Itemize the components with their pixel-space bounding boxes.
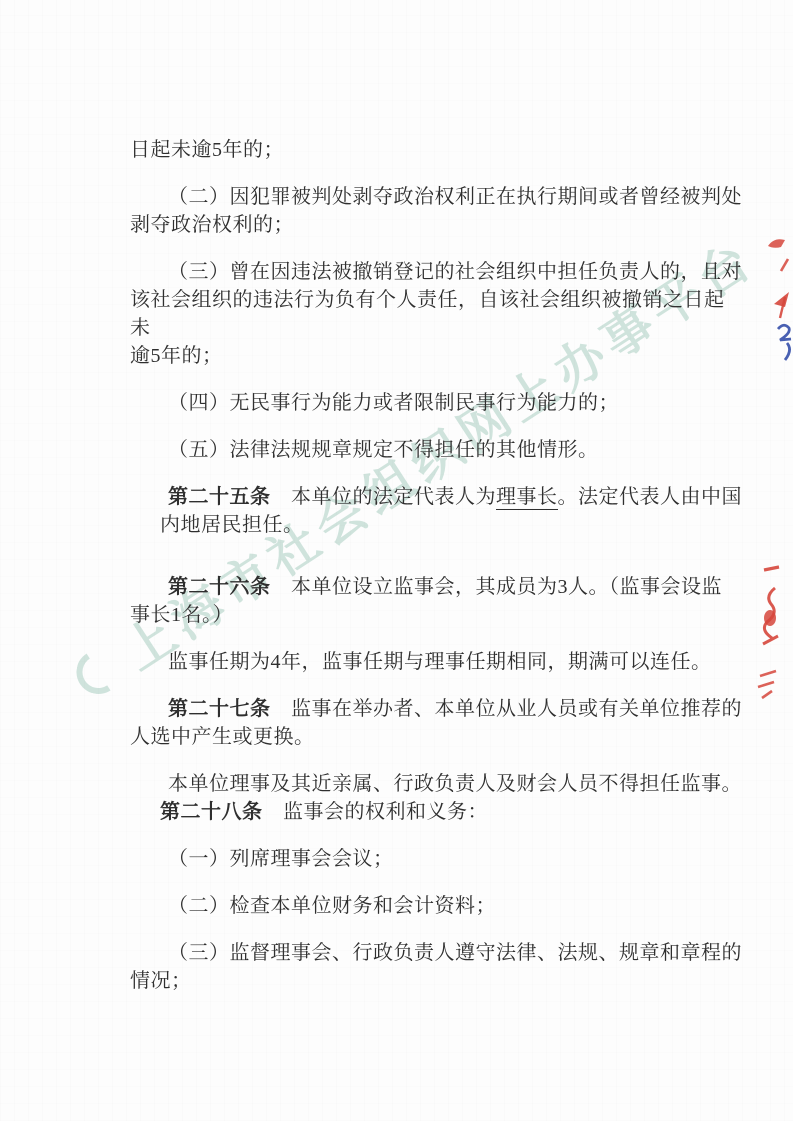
article-25: 第二十五条 本单位的法定代表人为理事长。法定代表人由中国 内地居民担任。 xyxy=(130,483,730,539)
document-line: 人选中产生或更换。 xyxy=(130,723,730,751)
article-text: 监事会的权利和义务： xyxy=(263,801,489,823)
underlined-term: 理事长 xyxy=(496,486,558,510)
article-number: 第二十六条 xyxy=(168,576,271,598)
article-text: 监事在举办者、本单位从业人员或有关单位推荐的 xyxy=(271,698,743,720)
document-line: （三）曾在因违法被撤销登记的社会组织中担任负责人的，且对 xyxy=(130,258,730,286)
article-26: 第二十六条 本单位设立监事会，其成员为3人。（监事会设监 事长1名。） xyxy=(130,573,730,629)
red-stroke-mark-icon xyxy=(772,290,793,320)
article-text: 本单位的法定代表人为 xyxy=(271,486,497,508)
document-line: 事长1名。） xyxy=(130,601,730,629)
clause-3: （三）曾在因违法被撤销登记的社会组织中担任负责人的，且对 该社会组织的违法行为负… xyxy=(130,258,730,370)
clause-4: （四）无民事行为能力或者限制民事行为能力的； xyxy=(130,389,730,417)
document-line: 剥夺政治权利的； xyxy=(130,211,730,239)
article-number: 第二十七条 xyxy=(168,698,271,720)
article-text: 本单位设立监事会，其成员为3人。（监事会设监 xyxy=(271,576,723,598)
document-line: 情况； xyxy=(130,967,730,995)
duty-1: （一）列席理事会会议； xyxy=(130,845,730,873)
paragraph-continuation: 日起未逾5年的； xyxy=(130,136,730,164)
supervisor-restriction-paragraph: 本单位理事及其近亲属、行政负责人及财会人员不得担任监事。 xyxy=(130,770,730,798)
document-line: 本单位理事及其近亲属、行政负责人及财会人员不得担任监事。 xyxy=(130,770,730,798)
document-line: 未 xyxy=(130,314,730,342)
document-line: 监事任期为4年，监事任期与理事任期相同，期满可以连任。 xyxy=(130,648,730,676)
document-line: （二）检查本单位财务和会计资料； xyxy=(130,892,730,920)
clause-2: （二）因犯罪被判处剥夺政治权利正在执行期间或者曾经被判处 剥夺政治权利的； xyxy=(130,183,730,239)
article-27: 第二十七条 监事在举办者、本单位从业人员或有关单位推荐的 人选中产生或更换。 xyxy=(130,695,730,751)
document-line: （二）因犯罪被判处剥夺政治权利正在执行期间或者曾经被判处 xyxy=(130,183,730,211)
document-line: （三）监督理事会、行政负责人遵守法律、法规、规章和章程的 xyxy=(130,939,730,967)
document-line: 日起未逾5年的； xyxy=(130,136,730,164)
document-line: 第二十五条 本单位的法定代表人为理事长。法定代表人由中国 xyxy=(130,483,730,511)
document-line: （一）列席理事会会议； xyxy=(130,845,730,873)
document-content: 日起未逾5年的； （二）因犯罪被判处剥夺政治权利正在执行期间或者曾经被判处 剥夺… xyxy=(130,136,730,995)
duty-2: （二）检查本单位财务和会计资料； xyxy=(130,892,730,920)
article-28: 第二十八条 监事会的权利和义务： xyxy=(130,798,730,826)
document-line: 第二十七条 监事在举办者、本单位从业人员或有关单位推荐的 xyxy=(130,695,730,723)
red-dot-mark-icon xyxy=(766,236,792,252)
blue-stroke-mark-icon xyxy=(775,323,793,363)
duty-3: （三）监督理事会、行政负责人遵守法律、法规、规章和章程的 情况； xyxy=(130,939,730,995)
red-scribble-mark-icon xyxy=(757,586,783,652)
document-line: 第二十六条 本单位设立监事会，其成员为3人。（监事会设监 xyxy=(130,573,730,601)
red-dash-mark-icon xyxy=(763,563,781,575)
document-line: 内地居民担任。 xyxy=(130,511,730,539)
article-number: 第二十八条 xyxy=(160,801,263,823)
document-line: （五）法律法规规章规定不得担任的其他情形。 xyxy=(130,436,730,464)
watermark-logo-icon xyxy=(72,646,124,698)
article-text: 。法定代表人由中国 xyxy=(558,486,743,508)
document-page: 上海市社会组织网上办事平台 日起未逾5年的； （二）因犯罪被判处剥夺政治权利正在… xyxy=(0,0,793,1121)
document-line: 该社会组织的违法行为负有个人责任，自该社会组织被撤销之日起 xyxy=(130,286,730,314)
document-line: 逾5年的； xyxy=(130,342,730,370)
supervisor-term-paragraph: 监事任期为4年，监事任期与理事任期相同，期满可以连任。 xyxy=(130,648,730,676)
document-line: （四）无民事行为能力或者限制民事行为能力的； xyxy=(130,389,730,417)
red-scribble-mark-2-icon xyxy=(756,668,782,704)
article-number: 第二十五条 xyxy=(168,486,271,508)
document-line: 第二十八条 监事会的权利和义务： xyxy=(130,798,730,826)
clause-5: （五）法律法规规章规定不得担任的其他情形。 xyxy=(130,436,730,464)
red-tick-mark-icon xyxy=(778,258,792,273)
